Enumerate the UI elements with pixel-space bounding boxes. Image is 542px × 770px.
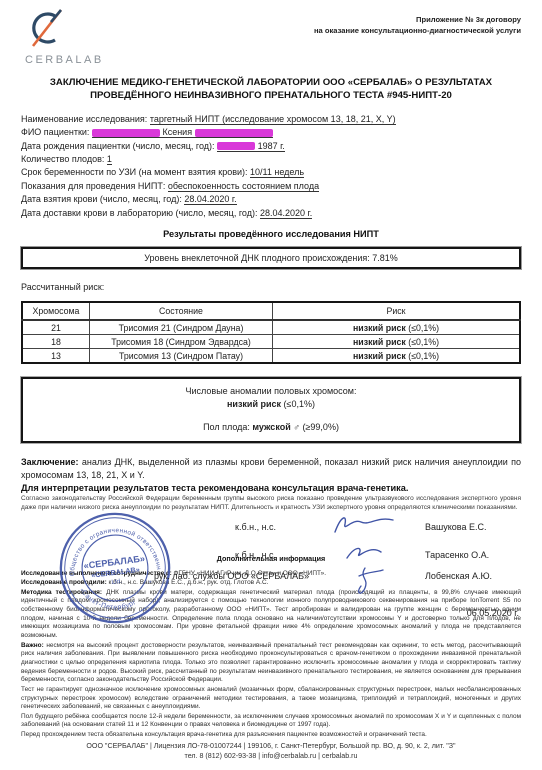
field-fio-visible: Ксения — [162, 127, 192, 137]
sex-disclosure-paragraph: Пол будущего ребёнка сообщается после 12… — [21, 713, 521, 730]
important-paragraph: Важно: несмотря на высокий процент досто… — [21, 642, 521, 685]
field-fio-label: ФИО пациентки: — [21, 127, 89, 137]
important-lead: Важно: — [21, 642, 44, 649]
cerbalab-logo: CERBALAB — [21, 8, 131, 66]
field-indications-label: Показания для проведения НИПТ: — [21, 181, 165, 191]
fetal-sex-value: мужской ♂ — [252, 422, 300, 432]
risk-value-rest: (≤0,1%) — [406, 351, 439, 361]
footer-line1: ООО "СЕРБАЛАБ" | Лицензия ЛО-78-01007244… — [21, 741, 521, 752]
field-term-label: Срок беременности по УЗИ (на момент взят… — [21, 167, 248, 177]
risk-value-bold: низкий риск — [353, 323, 406, 333]
table-row: 18 Трисомия 18 (Синдром Эдвардса) низкий… — [22, 335, 520, 349]
cell-chromosome: 21 — [22, 320, 90, 335]
field-fetus-value: 1 — [107, 154, 112, 165]
field-blood-delivery-label: Дата доставки крови в лабораторию (число… — [21, 208, 257, 218]
fetal-sex-label: Пол плода: — [203, 422, 252, 432]
field-indications-value: обеспокоенность состоянием плода — [168, 181, 319, 192]
stamp-star-right: * — [149, 580, 153, 587]
fetal-sex-confidence: (≥99,0%) — [300, 422, 339, 432]
table-row: 21 Трисомия 21 (Синдром Дауна) низкий ри… — [22, 320, 520, 335]
field-dob-value: 1987 г. — [217, 141, 285, 152]
cell-risk: низкий риск (≤0,1%) — [273, 349, 521, 364]
field-dob-year: 1987 г. — [258, 141, 285, 151]
field-blood-delivery-value: 28.04.2020 г. — [260, 208, 312, 219]
signer-name: Тарасенко О.А. — [425, 550, 489, 560]
sex-risk-bold: низкий риск — [227, 399, 281, 409]
field-term-value: 10/11 недель — [250, 167, 304, 178]
signer-name: Лобенская А.Ю. — [425, 571, 492, 581]
signature-zone: Общество с ограниченной ответственностью… — [21, 516, 521, 550]
field-fio-value: Ксения — [92, 127, 273, 138]
sex-risk-rest: (≤0,1%) — [281, 399, 315, 409]
sex-box-line2: низкий риск (≤0,1%) — [25, 398, 517, 411]
field-dob-label: Дата рождения пациентки (число, месяц, г… — [21, 141, 215, 151]
field-study: Наименование исследования: таргетный НИП… — [21, 113, 521, 126]
field-indications: Показания для проведения НИПТ: обеспокое… — [21, 180, 521, 193]
document-title: ЗАКЛЮЧЕНИЕ МЕДИКО-ГЕНЕТИЧЕСКОЙ ЛАБОРАТОР… — [27, 76, 515, 103]
cell-condition: Трисомия 18 (Синдром Эдвардса) — [90, 335, 273, 349]
consult-paragraph: Перед прохождением теста обязательна кон… — [21, 731, 521, 740]
field-blood-draw-value: 28.04.2020 г. — [184, 194, 236, 205]
cell-risk: низкий риск (≤0,1%) — [273, 320, 521, 335]
important-text: несмотря на высокий процент достоверност… — [21, 642, 521, 684]
field-dob: Дата рождения пациентки (число, месяц, г… — [21, 140, 521, 153]
company-stamp: Общество с ограниченной ответственностью… — [50, 503, 179, 632]
field-fetus-label: Количество плодов: — [21, 154, 104, 164]
sex-chromosome-box: Числовые аномалии половых хромосом: низк… — [21, 377, 521, 443]
redaction-block — [217, 142, 255, 150]
cfdna-level-box: Уровень внеклеточной ДНК плодного происх… — [21, 247, 521, 269]
header-chromosome: Хромосома — [22, 302, 90, 320]
signature-icon — [331, 512, 401, 538]
risk-value-rest: (≤0,1%) — [406, 323, 439, 333]
cell-chromosome: 18 — [22, 335, 90, 349]
redaction-block — [195, 129, 273, 137]
attachment-note: Приложение № 3к договору на оказание кон… — [314, 8, 521, 36]
signer-position: к.б.н., н.с. — [235, 550, 276, 560]
field-blood-draw: Дата взятия крови (число, месяц, год): 2… — [21, 193, 521, 206]
conclusion-paragraph: Заключение: анализ ДНК, выделенной из пл… — [21, 456, 521, 482]
signature-icon — [343, 542, 393, 564]
field-study-label: Наименование исследования: — [21, 114, 147, 124]
risk-value-bold: низкий риск — [353, 337, 406, 347]
report-page: CERBALAB Приложение № 3к договору на ока… — [0, 0, 542, 770]
field-study-value: таргетный НИПТ (исследование хромосом 13… — [150, 114, 396, 125]
risk-table-header-row: Хромосома Состояние Риск — [22, 302, 520, 320]
sex-box-line1: Числовые аномалии половых хромосом: — [25, 385, 517, 398]
signer-position: рук. лаб. службы ООО «СЕРБАЛАБ» — [154, 571, 309, 581]
risk-value-bold: низкий риск — [353, 351, 406, 361]
redaction-block — [92, 129, 160, 137]
field-blood-draw-label: Дата взятия крови (число, месяц, год): — [21, 194, 182, 204]
logo-wordmark: CERBALAB — [25, 54, 131, 66]
limitations-paragraph: Тест не гарантирует однозначное исключен… — [21, 686, 521, 712]
attachment-line1: Приложение № 3к договору — [314, 14, 521, 25]
cell-condition: Трисомия 13 (Синдром Патау) — [90, 349, 273, 364]
header-risk: Риск — [273, 302, 521, 320]
spacer — [25, 411, 517, 421]
report-date: 06.05.2020 г. — [467, 608, 519, 618]
risk-table: Хромосома Состояние Риск 21 Трисомия 21 … — [21, 301, 521, 364]
cerbalab-logo-icon — [21, 8, 73, 48]
results-section-title: Результаты проведённого исследования НИП… — [21, 229, 521, 239]
header-condition: Состояние — [90, 302, 273, 320]
patient-fields: Наименование исследования: таргетный НИП… — [21, 113, 521, 220]
field-blood-delivery: Дата доставки крови в лабораторию (число… — [21, 207, 521, 220]
attachment-line2: на оказание консультационно-диагностичес… — [314, 25, 521, 36]
signer-position: к.б.н., н.с. — [235, 522, 276, 532]
signature-icon — [351, 564, 391, 604]
field-fio: ФИО пациентки: Ксения — [21, 126, 521, 139]
cell-risk: низкий риск (≤0,1%) — [273, 335, 521, 349]
legal-note: Согласно законодательству Российской Фед… — [21, 495, 521, 513]
field-fetus: Количество плодов: 1 — [21, 153, 521, 166]
footer: ООО "СЕРБАЛАБ" | Лицензия ЛО-78-01007244… — [21, 741, 521, 764]
calculated-risk-caption: Рассчитанный риск: — [21, 282, 521, 292]
conclusion-lead: Заключение: — [21, 457, 79, 467]
conclusion-text: анализ ДНК, выделенной из плазмы крови б… — [21, 457, 521, 480]
signer-name: Вашукова Е.С. — [425, 522, 486, 532]
field-term: Срок беременности по УЗИ (на момент взят… — [21, 166, 521, 179]
geneticist-recommendation: Для интерпретации результатов теста реко… — [21, 483, 521, 493]
footer-line2: тел. 8 (812) 602-93-38 | info@cerbalab.r… — [21, 751, 521, 762]
cell-chromosome: 13 — [22, 349, 90, 364]
stamp-center-ltd: Ltd. — [111, 578, 122, 586]
cell-condition: Трисомия 21 (Синдром Дауна) — [90, 320, 273, 335]
risk-value-rest: (≤0,1%) — [406, 337, 439, 347]
table-row: 13 Трисомия 13 (Синдром Патау) низкий ри… — [22, 349, 520, 364]
sex-box-line3: Пол плода: мужской ♂ (≥99,0%) — [25, 421, 517, 434]
header: CERBALAB Приложение № 3к договору на ока… — [21, 8, 521, 66]
